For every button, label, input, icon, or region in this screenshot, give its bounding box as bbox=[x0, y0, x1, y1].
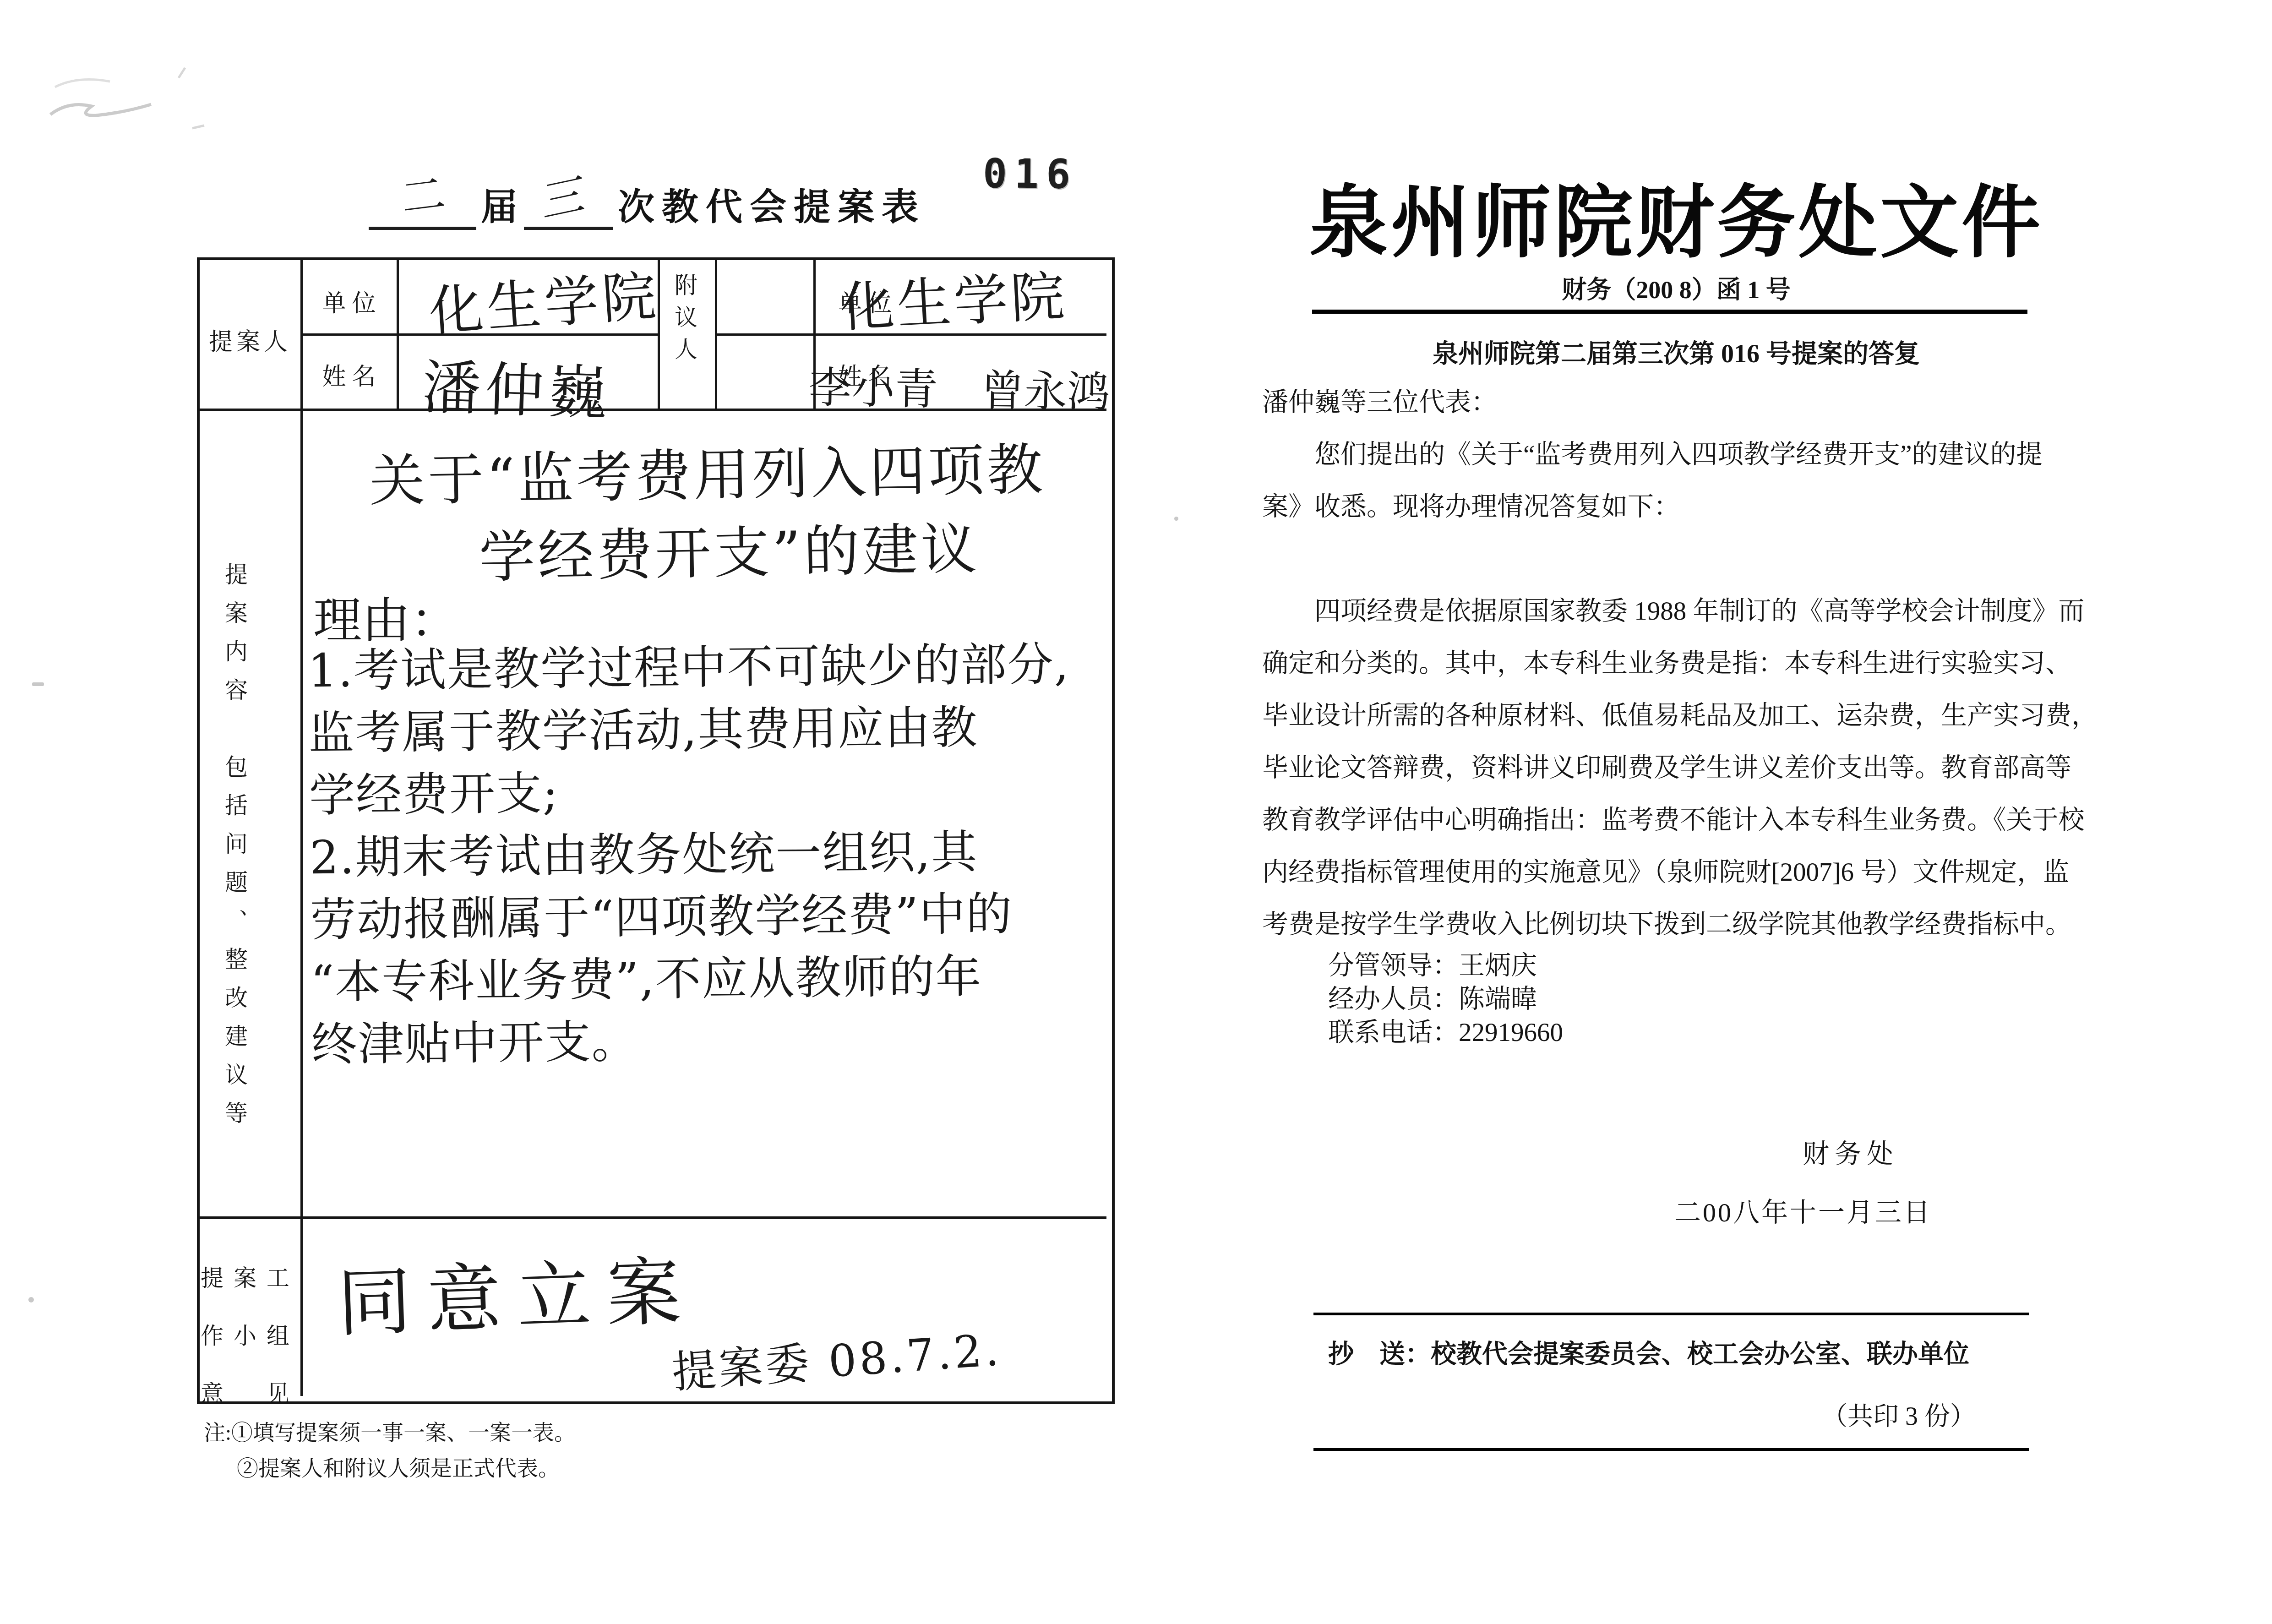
proposal-table: 提案人 单 位 姓 名 附议人 单 位 姓 名 提案内容 包括问题、整改建议等 … bbox=[197, 257, 1115, 1404]
text-line: 作小组 bbox=[200, 1307, 300, 1365]
committee-section-label: 提案工作小组意 见 bbox=[200, 1249, 300, 1422]
scan-speck bbox=[28, 1297, 34, 1302]
reply-subject: 泉州师院第二届第三次第 016 号提案的答复 bbox=[1264, 333, 2088, 370]
meeting-blank-underline: 三 bbox=[524, 183, 613, 230]
text-line: 注:①填写提案须一事一案、一案一表。 bbox=[204, 1415, 576, 1451]
handwritten-proposer-name: 潘仲巍 bbox=[421, 340, 613, 431]
document-title: 泉州师院财务处文件 bbox=[1264, 159, 2088, 272]
proposer-label: 提案人 bbox=[200, 322, 300, 357]
copies-count: （共印 3 份） bbox=[1822, 1396, 1976, 1433]
text-line: 四项经费是依据原国家教委 1988 年制订的《高等学校会计制度》而 bbox=[1262, 585, 2098, 638]
proposal-title-line2: 学经费开支”的建议 bbox=[479, 504, 980, 593]
scanned-document: { "page_left": { "stamp_number": "016", … bbox=[0, 0, 2272, 1624]
proposal-title-line1: 关于“监考费用列入四项教 bbox=[369, 425, 1046, 517]
text-line: 经办人员：陈端暐 bbox=[1328, 982, 1563, 1016]
session-blank-underline: 二 bbox=[369, 183, 476, 230]
text-line: 毕业设计所需的各种原材料、低值易耗品及加工、运杂费，生产实习费， bbox=[1262, 690, 2098, 742]
form-number-stamp: 016 bbox=[982, 150, 1078, 198]
text-line: ②提案人和附议人须是正式代表。 bbox=[237, 1451, 576, 1487]
scan-speck bbox=[1174, 517, 1178, 521]
text-line: 劳动报酬属于“四项教学经费”中的 bbox=[310, 883, 1072, 952]
seconder-label: 附议人 bbox=[668, 273, 701, 406]
scan-speck bbox=[32, 682, 44, 686]
salutation: 潘仲巍等三位代表： bbox=[1262, 376, 1497, 429]
issue-date: 二00八年十一月三日 bbox=[1674, 1191, 1932, 1229]
text-line: 考费是按学生学费收入比例切块下拨到二级学院其他教学经费指标中。 bbox=[1262, 899, 2098, 951]
text-line: 终津贴中开支。 bbox=[311, 1007, 1073, 1076]
handwritten-seconder-names: 李小青 曾永鸿 bbox=[808, 353, 1111, 420]
issuer-name: 财务处 bbox=[1803, 1132, 1899, 1171]
text-line: 毕业论文答辩费，资料讲义印刷费及学生讲义差价支出等。教育部高等 bbox=[1262, 742, 2098, 794]
text-line: 分管领导：王炳庆 bbox=[1328, 949, 1563, 982]
text-line: 学经费开支; bbox=[309, 758, 1071, 827]
unit-label-1: 单 位 bbox=[300, 284, 398, 318]
text-line: 提案工 bbox=[200, 1249, 300, 1307]
contact-info: 分管领导：王炳庆经办人员：陈端暐联系电话：22919660 bbox=[1328, 949, 1563, 1049]
form-title: 二 届 三 次教代会提案表 bbox=[369, 182, 926, 230]
handwritten-meeting-number: 三 bbox=[543, 158, 586, 231]
handwritten-session-number: 二 bbox=[397, 159, 448, 227]
paragraph-2: 四项经费是依据原国家教委 1988 年制订的《高等学校会计制度》而确定和分类的。… bbox=[1262, 585, 2098, 951]
name-label-1: 姓 名 bbox=[300, 357, 398, 392]
text-line: 确定和分类的。其中，本专科生业务费是指：本专科生进行实验实习、 bbox=[1262, 638, 2098, 690]
cc-line: 抄 送：校教代会提案委员会、校工会办公室、联办单位 bbox=[1328, 1334, 1969, 1370]
text-line: 案》收悉。现将办理情况答复如下： bbox=[1262, 481, 2043, 533]
paragraph-1: 您们提出的《关于“监考费用列入四项教学经费开支”的建议的提案》收悉。现将办理情况… bbox=[1262, 429, 2043, 533]
text-line: 您们提出的《关于“监考费用列入四项教学经费开支”的建议的提 bbox=[1262, 429, 2043, 481]
form-title-part2: 次教代会提案表 bbox=[618, 177, 926, 230]
text-line: “本专科业务费”,不应从教师的年 bbox=[311, 945, 1073, 1014]
text-line: 联系电话：22919660 bbox=[1328, 1016, 1563, 1049]
cc-rule-top bbox=[1313, 1313, 2029, 1315]
text-line: 意 见 bbox=[200, 1365, 300, 1422]
header-rule bbox=[1312, 310, 2027, 314]
text-line: 教育教学评估中心明确指出：监考费不能计入本专科生业务费。《关于校 bbox=[1262, 794, 2098, 846]
cc-rule-bottom bbox=[1313, 1448, 2029, 1451]
committee-signature-handwritten: 提案委 08.7.2. bbox=[670, 1315, 1003, 1401]
form-notes: 注:①填写提案须一事一案、一案一表。②提案人和附议人须是正式代表。 bbox=[204, 1415, 576, 1487]
text-line: 1.考试是教学过程中不可缺少的部分, bbox=[308, 633, 1070, 703]
text-line: 2.期末考试由教务处统一组织,其 bbox=[309, 820, 1071, 889]
pencil-scribble bbox=[41, 60, 238, 142]
text-line: 内经费指标管理使用的实施意见》（泉师院财[2007]6 号）文件规定，监 bbox=[1262, 846, 2098, 899]
text-line: 监考属于教学活动,其费用应由教 bbox=[308, 696, 1070, 765]
document-number: 财务（200 8）函 1 号 bbox=[1264, 270, 2088, 305]
table-line bbox=[200, 1216, 1106, 1219]
table-line bbox=[300, 260, 303, 1396]
form-title-part1: 届 bbox=[481, 177, 518, 230]
content-section-label: 提案内容 包括问题、整改建议等 bbox=[218, 562, 251, 1167]
handwritten-proposer-unit: 化生学院 bbox=[426, 252, 662, 346]
reason-text: 1.考试是教学过程中不可缺少的部分,监考属于教学活动,其费用应由教学经费开支;2… bbox=[308, 633, 1073, 1076]
handwritten-seconder-unit: 化生学院 bbox=[838, 252, 1069, 342]
committee-opinion-handwritten: 同意立案 bbox=[335, 1232, 698, 1351]
